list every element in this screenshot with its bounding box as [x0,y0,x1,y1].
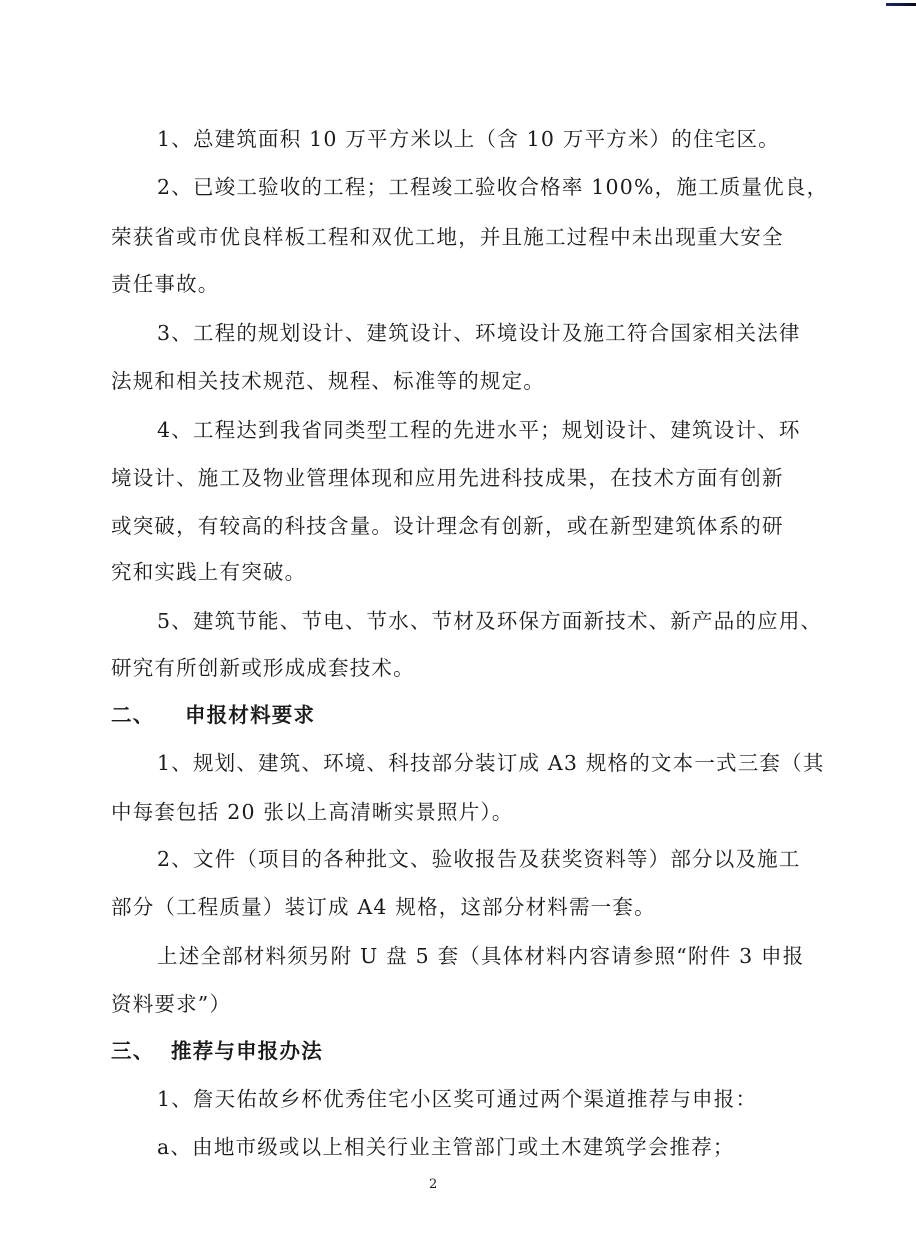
paragraph-line: 研究有所创新或形成成套技术。 [111,656,415,680]
paragraph-line: 2、已竣工验收的工程；工程竣工验收合格率 100%，施工质量优良， [157,175,828,199]
section-title: 推荐与申报办法 [171,1039,323,1063]
paragraph-line: 境设计、施工及物业管理体现和应用先进科技成果，在技术方面有创新 [111,466,784,490]
paragraph-line: 究和实践上有突破。 [111,560,306,584]
paragraph-line: 上述全部材料须另附 U 盘 5 套（具体材料内容请参照“附件 3 申报 [157,944,804,968]
paragraph-line: 责任事故。 [111,272,220,296]
paragraph-line: 部分（工程质量）装订成 A4 规格，这部分材料需一套。 [111,895,656,919]
document-page: 1、总建筑面积 10 万平方米以上（含 10 万平方米）的住宅区。 2、已竣工验… [0,0,916,1257]
paragraph-line: 法规和相关技术规范、规程、标准等的规定。 [111,369,545,393]
section-heading-2: 二、申报材料要求 [111,703,315,727]
paragraph-line: 资料要求”） [111,992,231,1016]
section-number: 三、 [111,1039,171,1063]
paragraph-line: 2、文件（项目的各种批文、验收报告及获奖资料等）部分以及施工 [157,847,801,871]
section-heading-3: 三、推荐与申报办法 [111,1039,323,1063]
paragraph-line: 1、规划、建筑、环境、科技部分装订成 A3 规格的文本一式三套（其 [157,751,825,775]
paragraph-line: 荣获省或市优良样板工程和双优工地，并且施工过程中未出现重大安全 [111,225,784,249]
paragraph-line: 5、建筑节能、节电、节水、节材及环保方面新技术、新产品的应用、 [157,609,822,633]
paragraph-line: 3、工程的规划设计、建筑设计、环境设计及施工符合国家相关法律 [157,321,801,345]
paragraph-line: 1、总建筑面积 10 万平方米以上（含 10 万平方米）的住宅区。 [157,127,780,151]
paragraph-line: 1、詹天佑故乡杯优秀住宅小区奖可通过两个渠道推荐与申报： [157,1087,757,1111]
page-number: 2 [429,1177,437,1192]
section-title: 申报材料要求 [185,703,315,727]
scan-artifact [886,3,916,6]
paragraph-line: a、由地市级或以上相关行业主管部门或土木建筑学会推荐； [157,1135,735,1159]
paragraph-line: 或突破，有较高的科技含量。设计理念有创新，或在新型建筑体系的研 [111,514,784,538]
paragraph-line: 4、工程达到我省同类型工程的先进水平；规划设计、建筑设计、环 [157,418,801,442]
section-number: 二、 [111,703,185,727]
paragraph-line: 中每套包括 20 张以上高清晰实景照片）。 [111,800,514,824]
